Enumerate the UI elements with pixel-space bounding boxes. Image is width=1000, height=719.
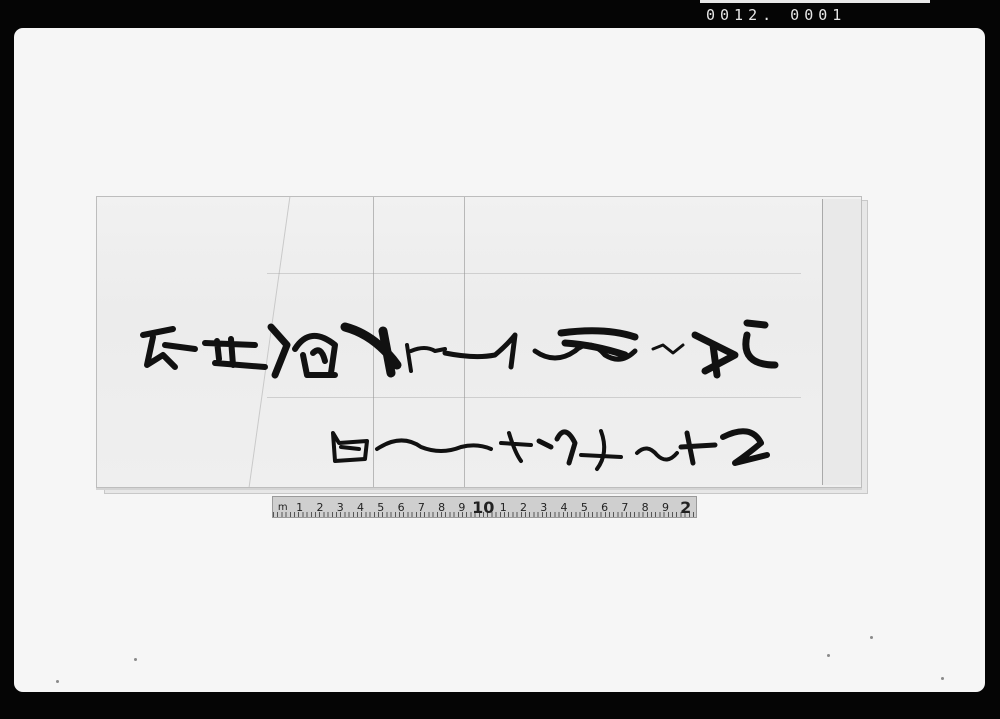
- ruler-label: 1: [290, 499, 310, 517]
- film-edge-strip: [700, 0, 930, 3]
- document-paper: [96, 196, 862, 488]
- ruler-label: 2: [513, 499, 533, 517]
- paper-crease: [267, 273, 801, 274]
- ruler-label-major: 10: [472, 499, 493, 517]
- calligraphy-sub-line: [331, 413, 771, 473]
- ruler-label: 7: [615, 499, 635, 517]
- ruler-label: 7: [411, 499, 431, 517]
- ruler-label: 1: [493, 499, 513, 517]
- ruler-label: 5: [574, 499, 594, 517]
- paper-crease: [267, 397, 801, 398]
- dust-speck: [827, 654, 830, 657]
- dust-speck: [941, 677, 944, 680]
- ruler-label: 9: [452, 499, 472, 517]
- paper-flap: [822, 199, 861, 485]
- ruler-label: 6: [391, 499, 411, 517]
- ruler-label: 5: [371, 499, 391, 517]
- ruler-label: 2: [310, 499, 330, 517]
- dust-speck: [870, 636, 873, 639]
- ruler-label-major: 2: [676, 499, 696, 517]
- ruler-label: 8: [432, 499, 452, 517]
- dust-speck: [134, 658, 137, 661]
- dust-speck: [56, 680, 59, 683]
- measurement-ruler: m 1 2 3 4 5 6 7 8 9 10 1 2 3 4 5 6 7 8 9…: [272, 496, 697, 518]
- ruler-label: 4: [350, 499, 370, 517]
- ruler-label: 3: [534, 499, 554, 517]
- ruler-label: 8: [635, 499, 655, 517]
- ruler-label: 4: [554, 499, 574, 517]
- ruler-unit-label: m: [276, 499, 290, 517]
- ruler-label: 6: [594, 499, 614, 517]
- ruler-label: 3: [330, 499, 350, 517]
- frame-counter: 0012. 0001: [706, 6, 846, 24]
- ruler-label: 9: [655, 499, 675, 517]
- calligraphy-main-line: [135, 315, 785, 385]
